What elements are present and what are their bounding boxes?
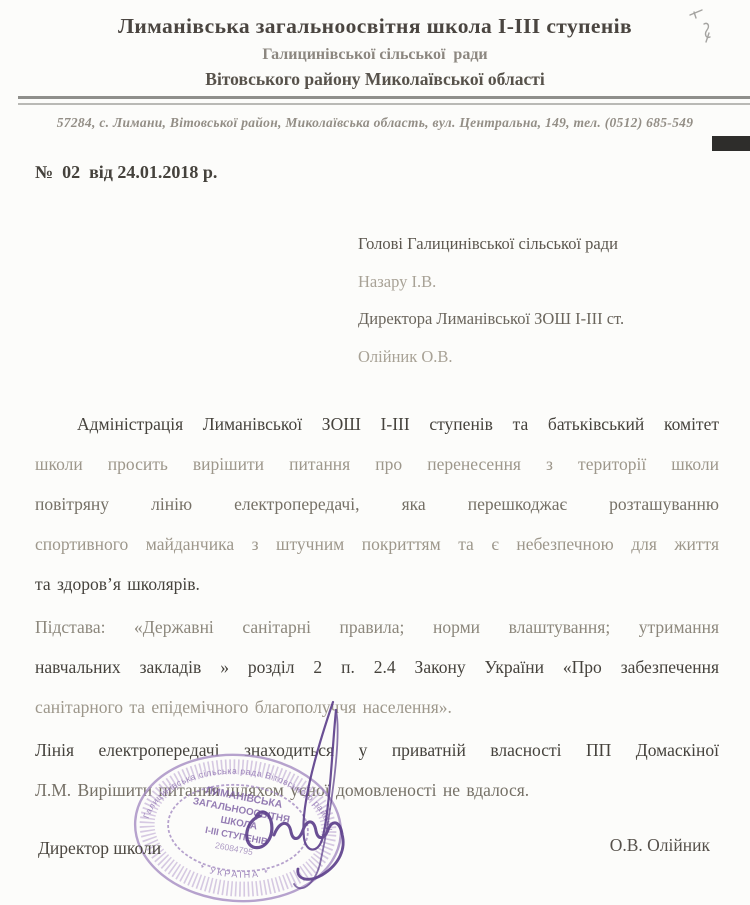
recipient-block: Голові Галицинівської сільської ради Наз…	[358, 234, 738, 384]
district-region: Вітовського району Миколаївської області	[0, 69, 750, 90]
body-line: повітряну лінію електропередачі, яка пер…	[35, 484, 719, 524]
scan-artifact-bar	[712, 136, 750, 151]
director-signature	[230, 688, 405, 900]
recipient-line: Голові Галицинівської сільської ради	[358, 234, 738, 272]
paragraph-request: Адміністрація Лиманівської ЗОШ І-ІІІ сту…	[35, 404, 719, 604]
letterhead: Лиманівська загальноосвітня школа І-ІІІ …	[0, 14, 750, 90]
body-line: та здоров’я школярів.	[35, 564, 719, 604]
school-name: Лиманівська загальноосвітня школа І-ІІІ …	[0, 14, 750, 39]
scanned-letter-page: Лиманівська загальноосвітня школа І-ІІІ …	[0, 0, 750, 905]
body-line: спортивного майданчика з штучним покритт…	[35, 524, 719, 564]
body-line: Адміністрація Лиманівської ЗОШ І-ІІІ сту…	[35, 404, 719, 444]
signatory-title: Директор школи	[38, 838, 161, 859]
reference-number: № 02 від 24.01.2018 р.	[35, 162, 217, 183]
body-line: Підстава: «Державні санітарні правила; н…	[35, 607, 719, 647]
recipient-line: Назару І.В.	[358, 272, 738, 310]
address-line: 57284, с. Лимани, Вітовської район, Мико…	[0, 115, 750, 131]
header-divider	[18, 96, 750, 105]
body-line: школи просить вирішити питання про перен…	[35, 444, 719, 484]
body-line: навчальних закладів » розділ 2 п. 2.4 За…	[35, 647, 719, 687]
council-name: Галицинівської сільської ради	[0, 46, 750, 64]
pencil-mark-icon	[684, 6, 724, 58]
recipient-line: Олійник О.В.	[358, 347, 738, 385]
signatory-name: О.В. Олійник	[610, 835, 710, 856]
recipient-line: Директора Лиманівської ЗОШ І-ІІІ ст.	[358, 309, 738, 347]
